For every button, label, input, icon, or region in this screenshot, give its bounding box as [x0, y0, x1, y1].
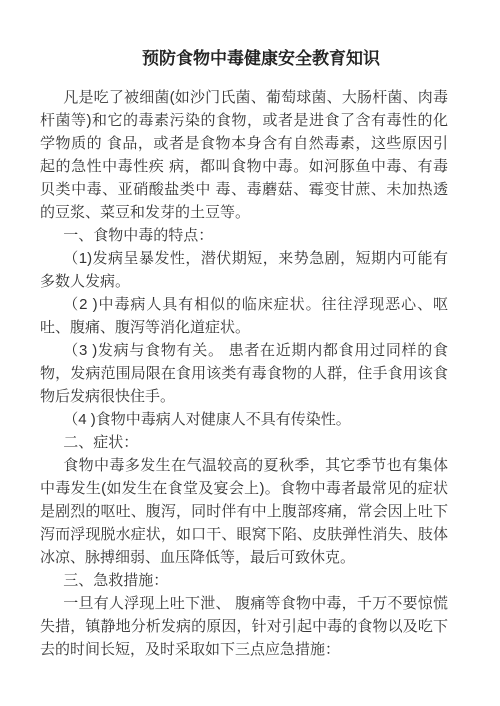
characteristic-item-4: （4 )食物中毒病人对健康人不具有传染性。 [40, 408, 448, 431]
document-title: 预防食物中毒健康安全教育知识 [40, 48, 448, 70]
characteristic-item-3: （3 )发病与食物有关。 患者在近期内都食用过同样的食物，发病范围局限在食用该类… [40, 339, 448, 408]
characteristic-item-2: （2 )中毒病人具有相似的临床症状。往往浮现恶心、呕吐、腹痛、腹泻等消化道症状。 [40, 293, 448, 339]
section-heading-first-aid: 三、急救措施： [40, 569, 448, 592]
intro-paragraph: 凡是吃了被细菌(如沙门氏菌、葡萄球菌、大肠杆菌、肉毒杆菌等)和它的毒素污染的食物… [40, 86, 448, 224]
section-heading-characteristics: 一、食物中毒的特点： [40, 224, 448, 247]
characteristic-item-1: （1)发病呈暴发性，潜伏期短，来势急剧，短期内可能有多数人发病。 [40, 247, 448, 293]
first-aid-paragraph: 一旦有人浮现上吐下泄、 腹痛等食物中毒，千万不要惊慌失措，镇静地分析发病的原因，… [40, 592, 448, 661]
section-heading-symptoms: 二、症状： [40, 431, 448, 454]
symptoms-paragraph: 食物中毒多发生在气温较高的夏秋季，其它季节也有集体中毒发生(如发生在食堂及宴会上… [40, 454, 448, 569]
document-page: 预防食物中毒健康安全教育知识 凡是吃了被细菌(如沙门氏菌、葡萄球菌、大肠杆菌、肉… [0, 0, 500, 706]
